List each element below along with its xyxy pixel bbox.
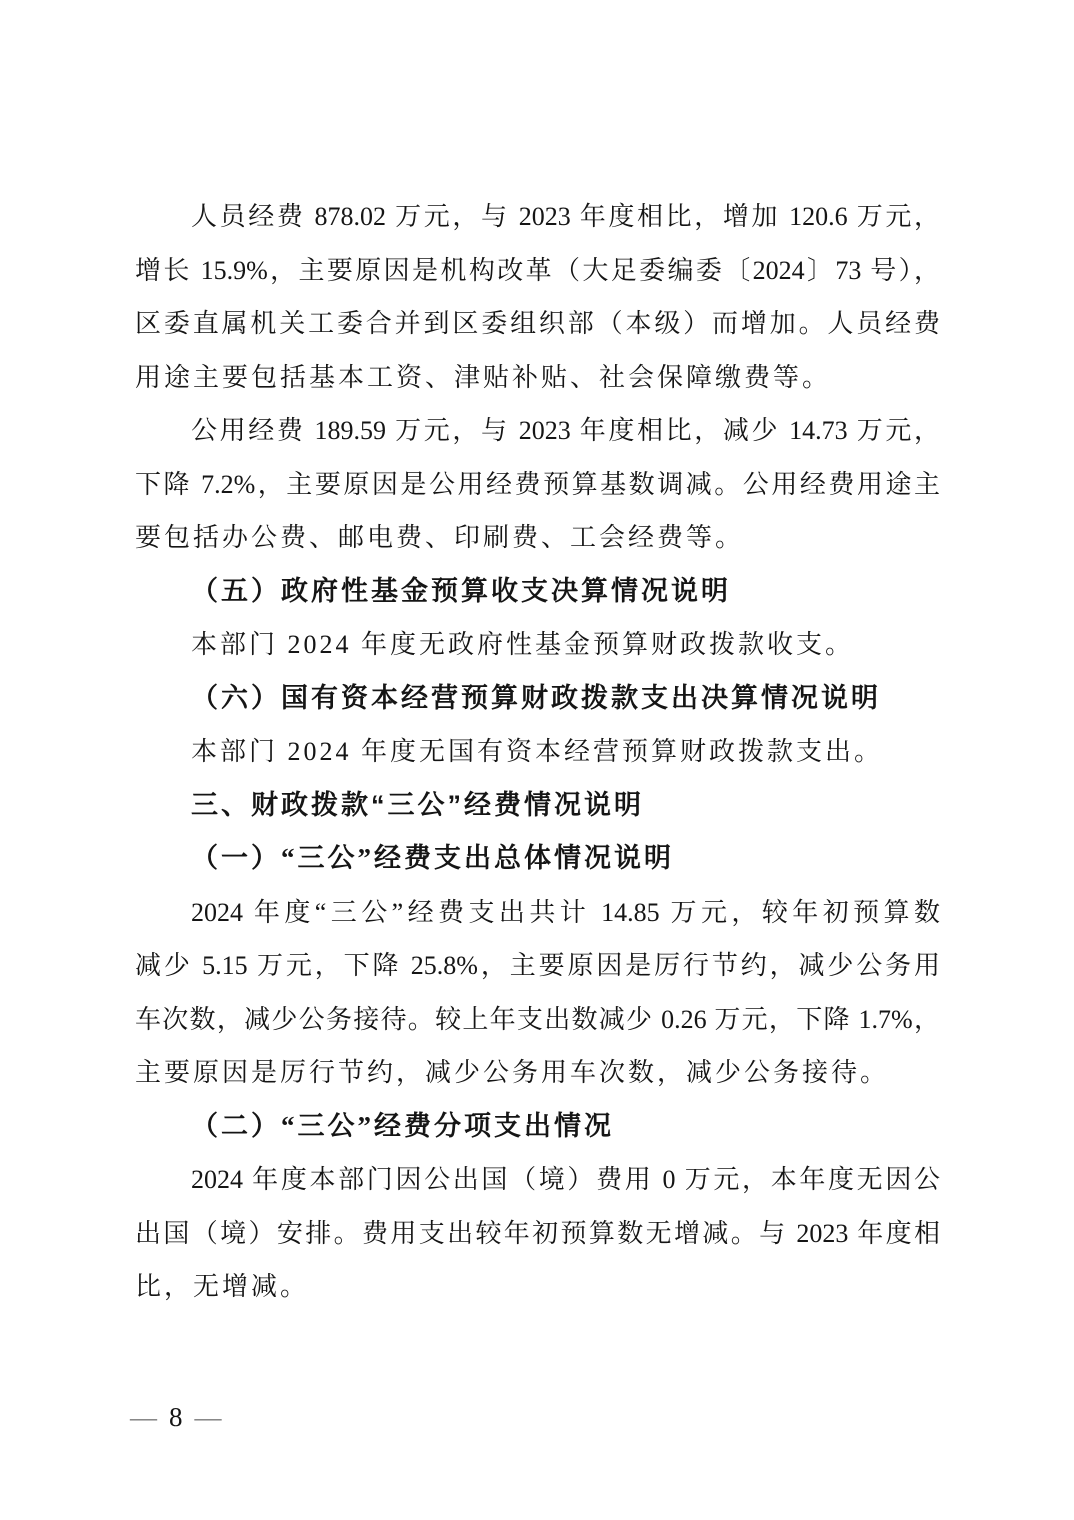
text-line: 出国（境）安排。费用支出较年初预算数无增减。与 2023 年度相 (135, 1207, 940, 1261)
text-line: 三、财政拨款“三公”经费情况说明 (135, 779, 940, 833)
text-line: 比，无增减。 (135, 1260, 940, 1314)
section-heading: （一）“三公”经费支出总体情况说明 (135, 832, 940, 886)
text-line: 公用经费 189.59 万元，与 2023 年度相比，减少 14.73 万元， (135, 404, 940, 458)
text-line: 减少 5.15 万元，下降 25.8%，主要原因是厉行节约，减少公务用 (135, 939, 940, 993)
text-line: （二）“三公”经费分项支出情况 (135, 1100, 940, 1154)
text-line: 区委直属机关工委合并到区委组织部（本级）而增加。人员经费 (135, 297, 940, 351)
text-line: 下降 7.2%，主要原因是公用经费预算基数调减。公用经费用途主 (135, 458, 940, 512)
footer-dash-left: — (130, 1394, 157, 1440)
text-line: 主要原因是厉行节约，减少公务用车次数，减少公务接待。 (135, 1046, 940, 1100)
page-number: — 8 — (130, 1394, 222, 1440)
section-heading: （六）国有资本经营预算财政拨款支出决算情况说明 (135, 672, 940, 726)
text-line: （一）“三公”经费支出总体情况说明 (135, 832, 940, 886)
page-number-value: 8 (169, 1394, 183, 1440)
paragraph: 本部门 2024 年度无国有资本经营预算财政拨款支出。 (135, 725, 940, 779)
text-line: 2024 年度本部门因公出国（境）费用 0 万元，本年度无因公 (135, 1153, 940, 1207)
text-line: 用途主要包括基本工资、津贴补贴、社会保障缴费等。 (135, 351, 940, 405)
text-line: 本部门 2024 年度无政府性基金预算财政拨款收支。 (135, 618, 940, 672)
text-line: 要包括办公费、邮电费、印刷费、工会经费等。 (135, 511, 940, 565)
footer-dash-right: — (195, 1394, 222, 1440)
paragraph: 公用经费 189.59 万元，与 2023 年度相比，减少 14.73 万元，下… (135, 404, 940, 565)
text-line: （六）国有资本经营预算财政拨款支出决算情况说明 (135, 672, 940, 726)
paragraph: 人员经费 878.02 万元，与 2023 年度相比，增加 120.6 万元，增… (135, 190, 940, 404)
paragraph: 2024 年度本部门因公出国（境）费用 0 万元，本年度无因公出国（境）安排。费… (135, 1153, 940, 1314)
text-line: 车次数，减少公务接待。较上年支出数减少 0.26 万元，下降 1.7%， (135, 993, 940, 1047)
paragraph: 2024 年度“三公”经费支出共计 14.85 万元，较年初预算数减少 5.15… (135, 886, 940, 1100)
document-body: 人员经费 878.02 万元，与 2023 年度相比，增加 120.6 万元，增… (135, 190, 940, 1314)
text-line: （五）政府性基金预算收支决算情况说明 (135, 565, 940, 619)
text-line: 2024 年度“三公”经费支出共计 14.85 万元，较年初预算数 (135, 886, 940, 940)
document-page: 人员经费 878.02 万元，与 2023 年度相比，增加 120.6 万元，增… (0, 0, 1074, 1520)
text-line: 增长 15.9%，主要原因是机构改革（大足委编委〔2024〕73 号）， (135, 244, 940, 298)
paragraph: 本部门 2024 年度无政府性基金预算财政拨款收支。 (135, 618, 940, 672)
text-line: 人员经费 878.02 万元，与 2023 年度相比，增加 120.6 万元， (135, 190, 940, 244)
text-line: 本部门 2024 年度无国有资本经营预算财政拨款支出。 (135, 725, 940, 779)
section-heading: 三、财政拨款“三公”经费情况说明 (135, 779, 940, 833)
section-heading: （二）“三公”经费分项支出情况 (135, 1100, 940, 1154)
section-heading: （五）政府性基金预算收支决算情况说明 (135, 565, 940, 619)
